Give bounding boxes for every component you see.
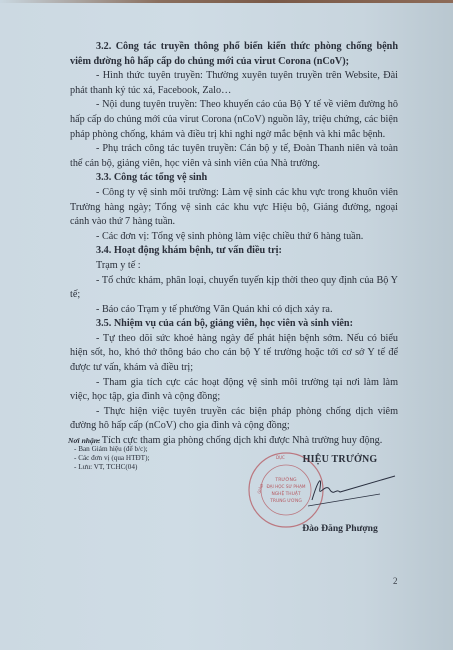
paragraph: - Tham gia tích cực các hoạt động vệ sin…: [70, 376, 398, 405]
recipient-item: - Các đơn vị (qua HTĐT);: [68, 454, 149, 463]
paragraph: - Tổ chức khám, phân loại, chuyển tuyến …: [70, 274, 398, 303]
paragraph: - Phụ trách công tác tuyên truyền: Cán b…: [70, 142, 398, 171]
paragraph: - Nội dung tuyên truyền: Theo khuyến cáo…: [70, 98, 398, 142]
svg-text:GIÁO: GIÁO: [256, 483, 264, 494]
paragraph: - Công ty vệ sinh môi trường: Làm vệ sin…: [70, 186, 398, 230]
signer-name: Đào Đăng Phượng: [280, 523, 400, 534]
section-heading: 3.3. Công tác tổng vệ sinh: [70, 171, 398, 186]
section-heading: 3.2. Công tác truyền thông phổ biến kiến…: [70, 40, 398, 69]
paragraph: Trạm y tế :: [70, 259, 398, 274]
paragraph: - Thực hiện việc tuyên truyền các biện p…: [70, 405, 398, 434]
desk-edge: [0, 0, 453, 3]
paragraph: - Các đơn vị: Tổng vệ sinh phòng làm việ…: [70, 230, 398, 245]
recipient-item: - Ban Giám hiệu (để b/c);: [68, 445, 149, 454]
paragraph: - Hình thức tuyên truyền: Thường xuyên t…: [70, 69, 398, 98]
recipients-block: Nơi nhận: - Ban Giám hiệu (để b/c); - Cá…: [68, 436, 149, 472]
recipient-item: - Lưu: VT, TCHC(04): [68, 463, 149, 472]
recipients-heading: Nơi nhận:: [68, 436, 149, 445]
signature-block: HIỆU TRƯỞNG Đào Đăng Phượng: [280, 454, 400, 534]
section-heading: 3.4. Hoạt động khám bệnh, tư vấn điều tr…: [70, 244, 398, 259]
signer-title: HIỆU TRƯỞNG: [280, 454, 400, 465]
section-heading: 3.5. Nhiệm vụ của cán bộ, giảng viên, họ…: [70, 317, 398, 332]
page-number: 2: [393, 576, 398, 586]
document-body: 3.2. Công tác truyền thông phổ biến kiến…: [70, 40, 398, 449]
paragraph: - Tự theo dõi sức khoẻ hàng ngày để phát…: [70, 332, 398, 376]
paragraph: - Báo cáo Trạm y tế phường Văn Quán khi …: [70, 303, 398, 318]
